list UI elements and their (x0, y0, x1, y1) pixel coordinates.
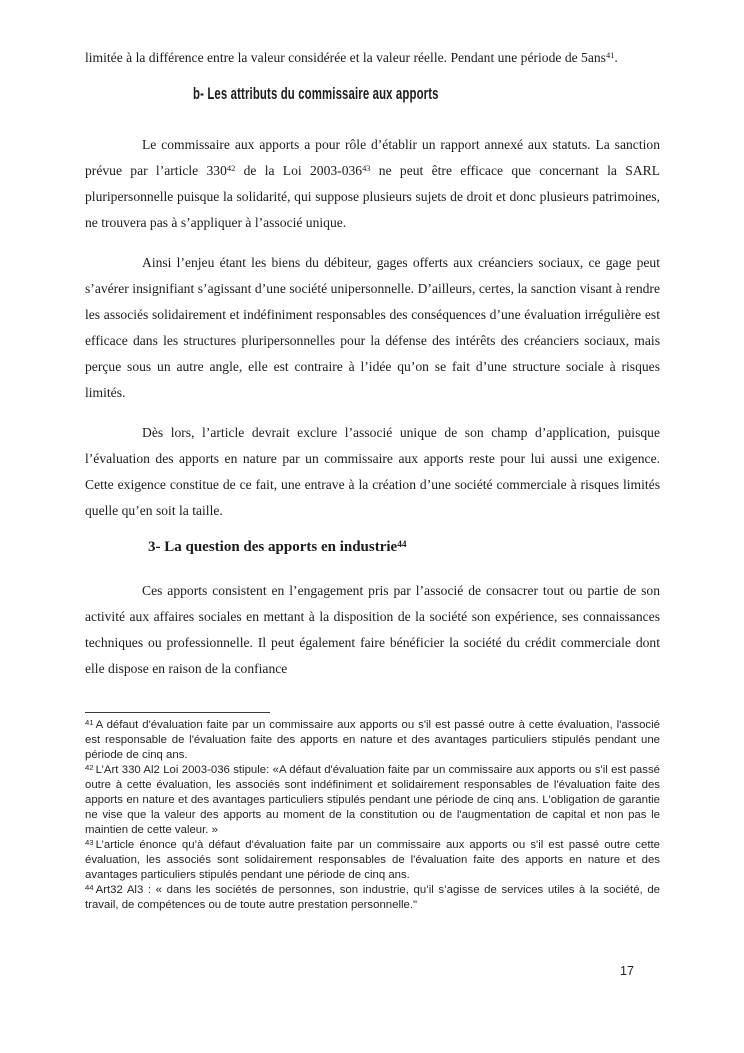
section-heading-3-label: 3- La question des apports en industrie (148, 539, 397, 555)
section-heading-b: b- Les attributs du commissaire aux appo… (193, 84, 660, 104)
page-number: 17 (620, 964, 634, 978)
footnote-number: 43 (85, 838, 96, 847)
paragraph-des-lors: Dès lors, l’article devrait exclure l’as… (85, 420, 660, 524)
footnote-text: L’article énonce qu’à défaut d'évaluatio… (85, 839, 660, 881)
paragraph-apports-industrie: Ces apports consistent en l’engagement p… (85, 578, 660, 682)
footnote-ref-44: 44 (397, 540, 406, 550)
footnote-number: 44 (85, 883, 96, 892)
section-heading-3: 3- La question des apports en industrie4… (148, 536, 660, 558)
footnote-ref-43: 43 (362, 163, 370, 173)
footnotes-section: 41A défaut d'évaluation faite par un com… (85, 718, 660, 913)
footnote-43: 43L’article énonce qu’à défaut d'évaluat… (85, 838, 660, 883)
para1-text: de la Loi 2003-036 (235, 163, 362, 178)
footnote-ref-42: 42 (227, 163, 235, 173)
intro-tail: . (614, 50, 617, 65)
footnote-separator (85, 712, 270, 713)
paragraph-intro-continuation: limitée à la différence entre la valeur … (85, 45, 660, 71)
footnote-42: 42L’Art 330 Al2 Loi 2003-036 stipule: «A… (85, 763, 660, 838)
footnote-ref-41: 41 (606, 50, 614, 60)
footnote-number: 42 (85, 763, 96, 772)
footnote-44: 44Art32 Al3 : « dans les sociétés de per… (85, 883, 660, 913)
paragraph-commissaire-role: Le commissaire aux apports a pour rôle d… (85, 132, 660, 236)
paragraph-enjeu-debiteur: Ainsi l’enjeu étant les biens du débiteu… (85, 250, 660, 406)
footnote-text: L’Art 330 Al2 Loi 2003-036 stipule: «A d… (85, 764, 660, 836)
footnote-text: A défaut d'évaluation faite par un commi… (85, 719, 660, 761)
footnote-text: Art32 Al3 : « dans les sociétés de perso… (85, 884, 660, 911)
page-content: limitée à la différence entre la valeur … (85, 45, 660, 913)
document-page: limitée à la différence entre la valeur … (0, 0, 744, 1053)
intro-text: limitée à la différence entre la valeur … (85, 50, 606, 65)
section-heading-b-label: b- Les attributs du commissaire aux appo… (193, 84, 439, 104)
footnote-41: 41A défaut d'évaluation faite par un com… (85, 718, 660, 763)
footnote-number: 41 (85, 718, 96, 727)
